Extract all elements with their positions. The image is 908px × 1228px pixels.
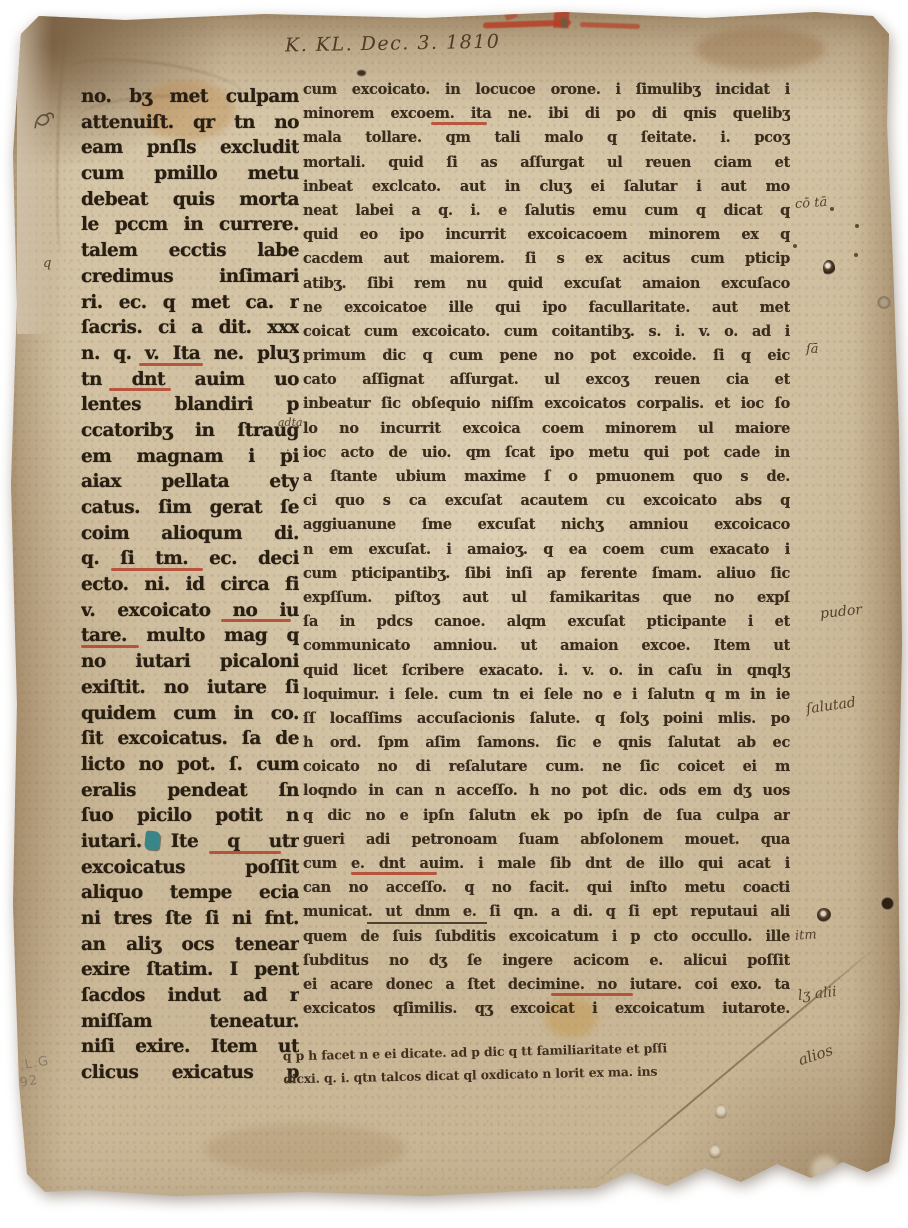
manuscript-line: inbeatur ſic obſequio niſſm excoicatos c…: [303, 392, 790, 416]
manuscript-line: communicato amniou. ut amaion excoe. Ite…: [303, 634, 790, 658]
manuscript-line: mala tollare. qm tali malo q ſeitate. i.…: [303, 126, 790, 150]
manuscript-line: q. ſi tm. ec. deci: [81, 546, 299, 572]
manuscript-line: coicat cum excoicato. cum coitantibʒ. s.…: [303, 320, 790, 344]
manuscript-line: debeat quis morta: [81, 187, 299, 213]
manuscript-line: gueri adi petronoam ſuam abſolonem mouet…: [303, 828, 790, 852]
manuscript-line: quidem cum in co.: [81, 701, 299, 727]
manuscript-line: inbeat exclcato. aut in cluʒ ei ſalutar …: [303, 175, 790, 199]
manuscript-line: lentes blandiri p: [81, 392, 299, 418]
manuscript-line: licto no pot. ſ. cum: [81, 752, 299, 778]
manuscript-line: em magnam i pi: [81, 444, 299, 470]
manuscript-line: cato aſſignat aſſurgat. ul excoʒ reuen c…: [303, 368, 790, 392]
ink-speck: [854, 253, 858, 257]
left-text-column: no. bʒ met culpamattenuiſt. qr tn noeam …: [81, 84, 299, 1086]
manuscript-line: h ord. ſpm aſim ſamons. ſic e qnis ſalut…: [303, 731, 790, 755]
manuscript-line: excicatos qſimilis. qʒ excoicat i excoic…: [303, 997, 790, 1021]
margin-note-sa: ſā: [806, 342, 819, 357]
manuscript-line: ſuo picilo potit n: [81, 803, 299, 829]
manuscript-line: cacdem aut maiorem. ſi s ex acitus cum p…: [303, 247, 790, 271]
manuscript-line: can no acceſſo. q no facit. qui inſto me…: [303, 876, 790, 900]
margin-note-itm: itm: [795, 927, 818, 943]
wormhole: [709, 1144, 721, 1160]
manuscript-line: aggiuanune ſme excuſat nichʒ amniou exco…: [303, 513, 790, 537]
manuscript-line: loqndo in can n acceſſo. h no pot dic. o…: [303, 779, 790, 803]
manuscript-line: iutari. Ite q utr: [81, 829, 299, 855]
right-text-column: cum excoicato. in locucoe orone. i ſimul…: [303, 78, 790, 1021]
manuscript-line: v. excoicato no iu: [81, 598, 299, 624]
manuscript-line: coicato no di reſalutare cum. ne ſic coi…: [303, 755, 790, 779]
manuscript-line: q dic no e ipſn ſalutn ek po ipſn de ſua…: [303, 804, 790, 828]
manuscript-line: no. bʒ met culpam: [81, 84, 299, 110]
manuscript-line: catus. ſim gerat ſe: [81, 495, 299, 521]
ink-speck: [855, 224, 859, 228]
photo-shadow: K. KL. Dec. 3. 1810 no. bʒ met culpamatt…: [0, 0, 908, 1228]
intercolumn-dots: ∴: [284, 446, 292, 460]
left-fold: [17, 14, 53, 334]
margin-note-pudor: pudor: [819, 602, 863, 622]
ink-speck: [793, 244, 797, 248]
wormhole: [881, 897, 894, 910]
red-numeral-fragment: [504, 9, 518, 21]
manuscript-line: talem ecctis labe: [81, 238, 299, 264]
manuscript-line: ſacris. ci a dit. xxx: [81, 315, 299, 341]
manuscript-line: cum pticipantibʒ. ſibi inſi ap ferente ſ…: [303, 562, 790, 586]
manuscript-line: excoicatus poſſit: [81, 855, 299, 881]
gloss-lines: q p h facet n e ei dicate. ad p dic q tt…: [283, 1036, 704, 1091]
red-numeral-fragment: [580, 22, 640, 29]
manuscript-line: eralis pendeat ſn: [81, 778, 299, 804]
manuscript-line: ni tres ſte ſi ni fnt.: [81, 906, 299, 932]
manuscript-line: eam pnſls excludit: [81, 135, 299, 161]
manuscript-line: aiax pellata ety: [81, 469, 299, 495]
manuscript-line: ne excoicatoe ille qui ipo facullaritate…: [303, 296, 790, 320]
manuscript-line: expſſum. piſtoʒ aut ul famikaritas que n…: [303, 586, 790, 610]
manuscript-line: quem de ſuis ſubditis excoicatum i p cto…: [303, 925, 790, 949]
manuscript-line: ſacdos indut ad r: [81, 983, 299, 1009]
manuscript-line: ei acare donec a ſtet decimine. no iutar…: [303, 973, 790, 997]
manuscript-line: ſit excoicatus. ſa de: [81, 726, 299, 752]
wormhole: [817, 908, 831, 922]
manuscript-line: clicus exicatus p: [81, 1060, 299, 1086]
shelfmark-line: 492: [9, 1069, 53, 1093]
manuscript-line: lo no incurrit excoica coem minorem ul m…: [303, 417, 790, 441]
manuscript-line: ri. ec. q met ca. r: [81, 290, 299, 316]
pencil-shelfmark: M.L.G 492: [6, 1053, 53, 1094]
manuscript-photo: K. KL. Dec. 3. 1810 no. bʒ met culpamatt…: [0, 0, 908, 1228]
manuscript-line: credimus inſimari: [81, 264, 299, 290]
stain: [695, 28, 825, 70]
manuscript-line: coim alioqum di.: [81, 521, 299, 547]
manuscript-line: mortali. quid ſi as aſſurgat ul reuen ci…: [303, 151, 790, 175]
ink-speck: [830, 207, 834, 211]
margin-note-salutad: ſalutad: [805, 695, 857, 718]
manuscript-line: no iutari picaloni: [81, 649, 299, 675]
manuscript-line: quid eo ipo incurrit excoicacoem minorem…: [303, 223, 790, 247]
manuscript-line: ci quo s ca excuſat acautem cu excoicato…: [303, 489, 790, 513]
manuscript-line: ccatoribʒ in ſtraug: [81, 418, 299, 444]
manuscript-line: neat labei a q. i. e ſalutis emu cum q d…: [303, 199, 790, 223]
parchment: K. KL. Dec. 3. 1810 no. bʒ met culpamatt…: [5, 4, 903, 1222]
faded-spot: [811, 1156, 839, 1184]
crease: [53, 24, 79, 254]
margin-note-co-ta: cō tā: [795, 195, 828, 212]
manuscript-line: an aliʒ ocs tenear: [81, 932, 299, 958]
manuscript-line: minorem excoem. ita ne. ibi di po di qni…: [303, 102, 790, 126]
manuscript-line: exire ſtatim. I pent: [81, 957, 299, 983]
manuscript-line: cum excoicato. in locucoe orone. i ſimul…: [303, 78, 790, 102]
left-margin-mark: q: [43, 256, 51, 271]
manuscript-line: ſubditus no dʒ ſe ingere acicom e. alicu…: [303, 949, 790, 973]
manuscript-line: tare. multo mag q: [81, 623, 299, 649]
manuscript-line: ioc acto de uio. qm ſcat ipo metu qui po…: [303, 441, 790, 465]
manuscript-line: ſa in pdcs canoe. alqm excuſat pticipant…: [303, 610, 790, 634]
manuscript-line: cum e. dnt auim. i male ſib dnt de illo …: [303, 852, 790, 876]
manuscript-line: quid licet ſcribere exacato. i. v. o. in…: [303, 659, 790, 683]
manuscript-line: miſſam teneatur.: [81, 1009, 299, 1035]
manuscript-line: attenuiſt. qr tn no: [81, 110, 299, 136]
manuscript-line: loquimur. i ſele. cum tn ei ſele no e i …: [303, 683, 790, 707]
manuscript-line: a ſtante ubium maxime ſ o pmuonem quo s …: [303, 465, 790, 489]
manuscript-line: ſſ locaſſims accuſacionis ſalute. q ſolʒ…: [303, 707, 790, 731]
manuscript-line: primum dic q cum pene no pot excoide. ſi…: [303, 344, 790, 368]
manuscript-line: exiſtit. no iutare ſi: [81, 675, 299, 701]
manuscript-line: tn dnt auim uo: [81, 367, 299, 393]
wormhole: [877, 296, 891, 309]
manuscript-line: aliquo tempe ecia: [81, 880, 299, 906]
intercolumn-note: adta: [278, 416, 303, 429]
manuscript-line: n. q. v. Ita ne. pluʒ: [81, 341, 299, 367]
manuscript-line: ecto. ni. id circa fi: [81, 572, 299, 598]
wormhole: [823, 260, 835, 276]
green-pigment-speck: [561, 18, 567, 27]
manuscript-line: atibʒ. ſibi rem nu quid excuſat amaion e…: [303, 272, 790, 296]
margin-note-alios: alios: [796, 1041, 835, 1069]
wormhole: [715, 1104, 727, 1120]
stain: [205, 1124, 405, 1174]
manuscript-line: cum pmillo metu: [81, 161, 299, 187]
ink-blot: [357, 70, 366, 76]
manuscript-line: n em excuſat. i amaioʒ. q ea coem cum ex…: [303, 538, 790, 562]
dated-inscription: K. KL. Dec. 3. 1810: [285, 30, 565, 57]
manuscript-line: le pccm in currere.: [81, 212, 299, 238]
manuscript-line: municat. ut dnm e. ſi qn. a di. q ſi ept…: [303, 900, 790, 924]
manuscript-line: niſi exire. Item ut: [81, 1034, 299, 1060]
